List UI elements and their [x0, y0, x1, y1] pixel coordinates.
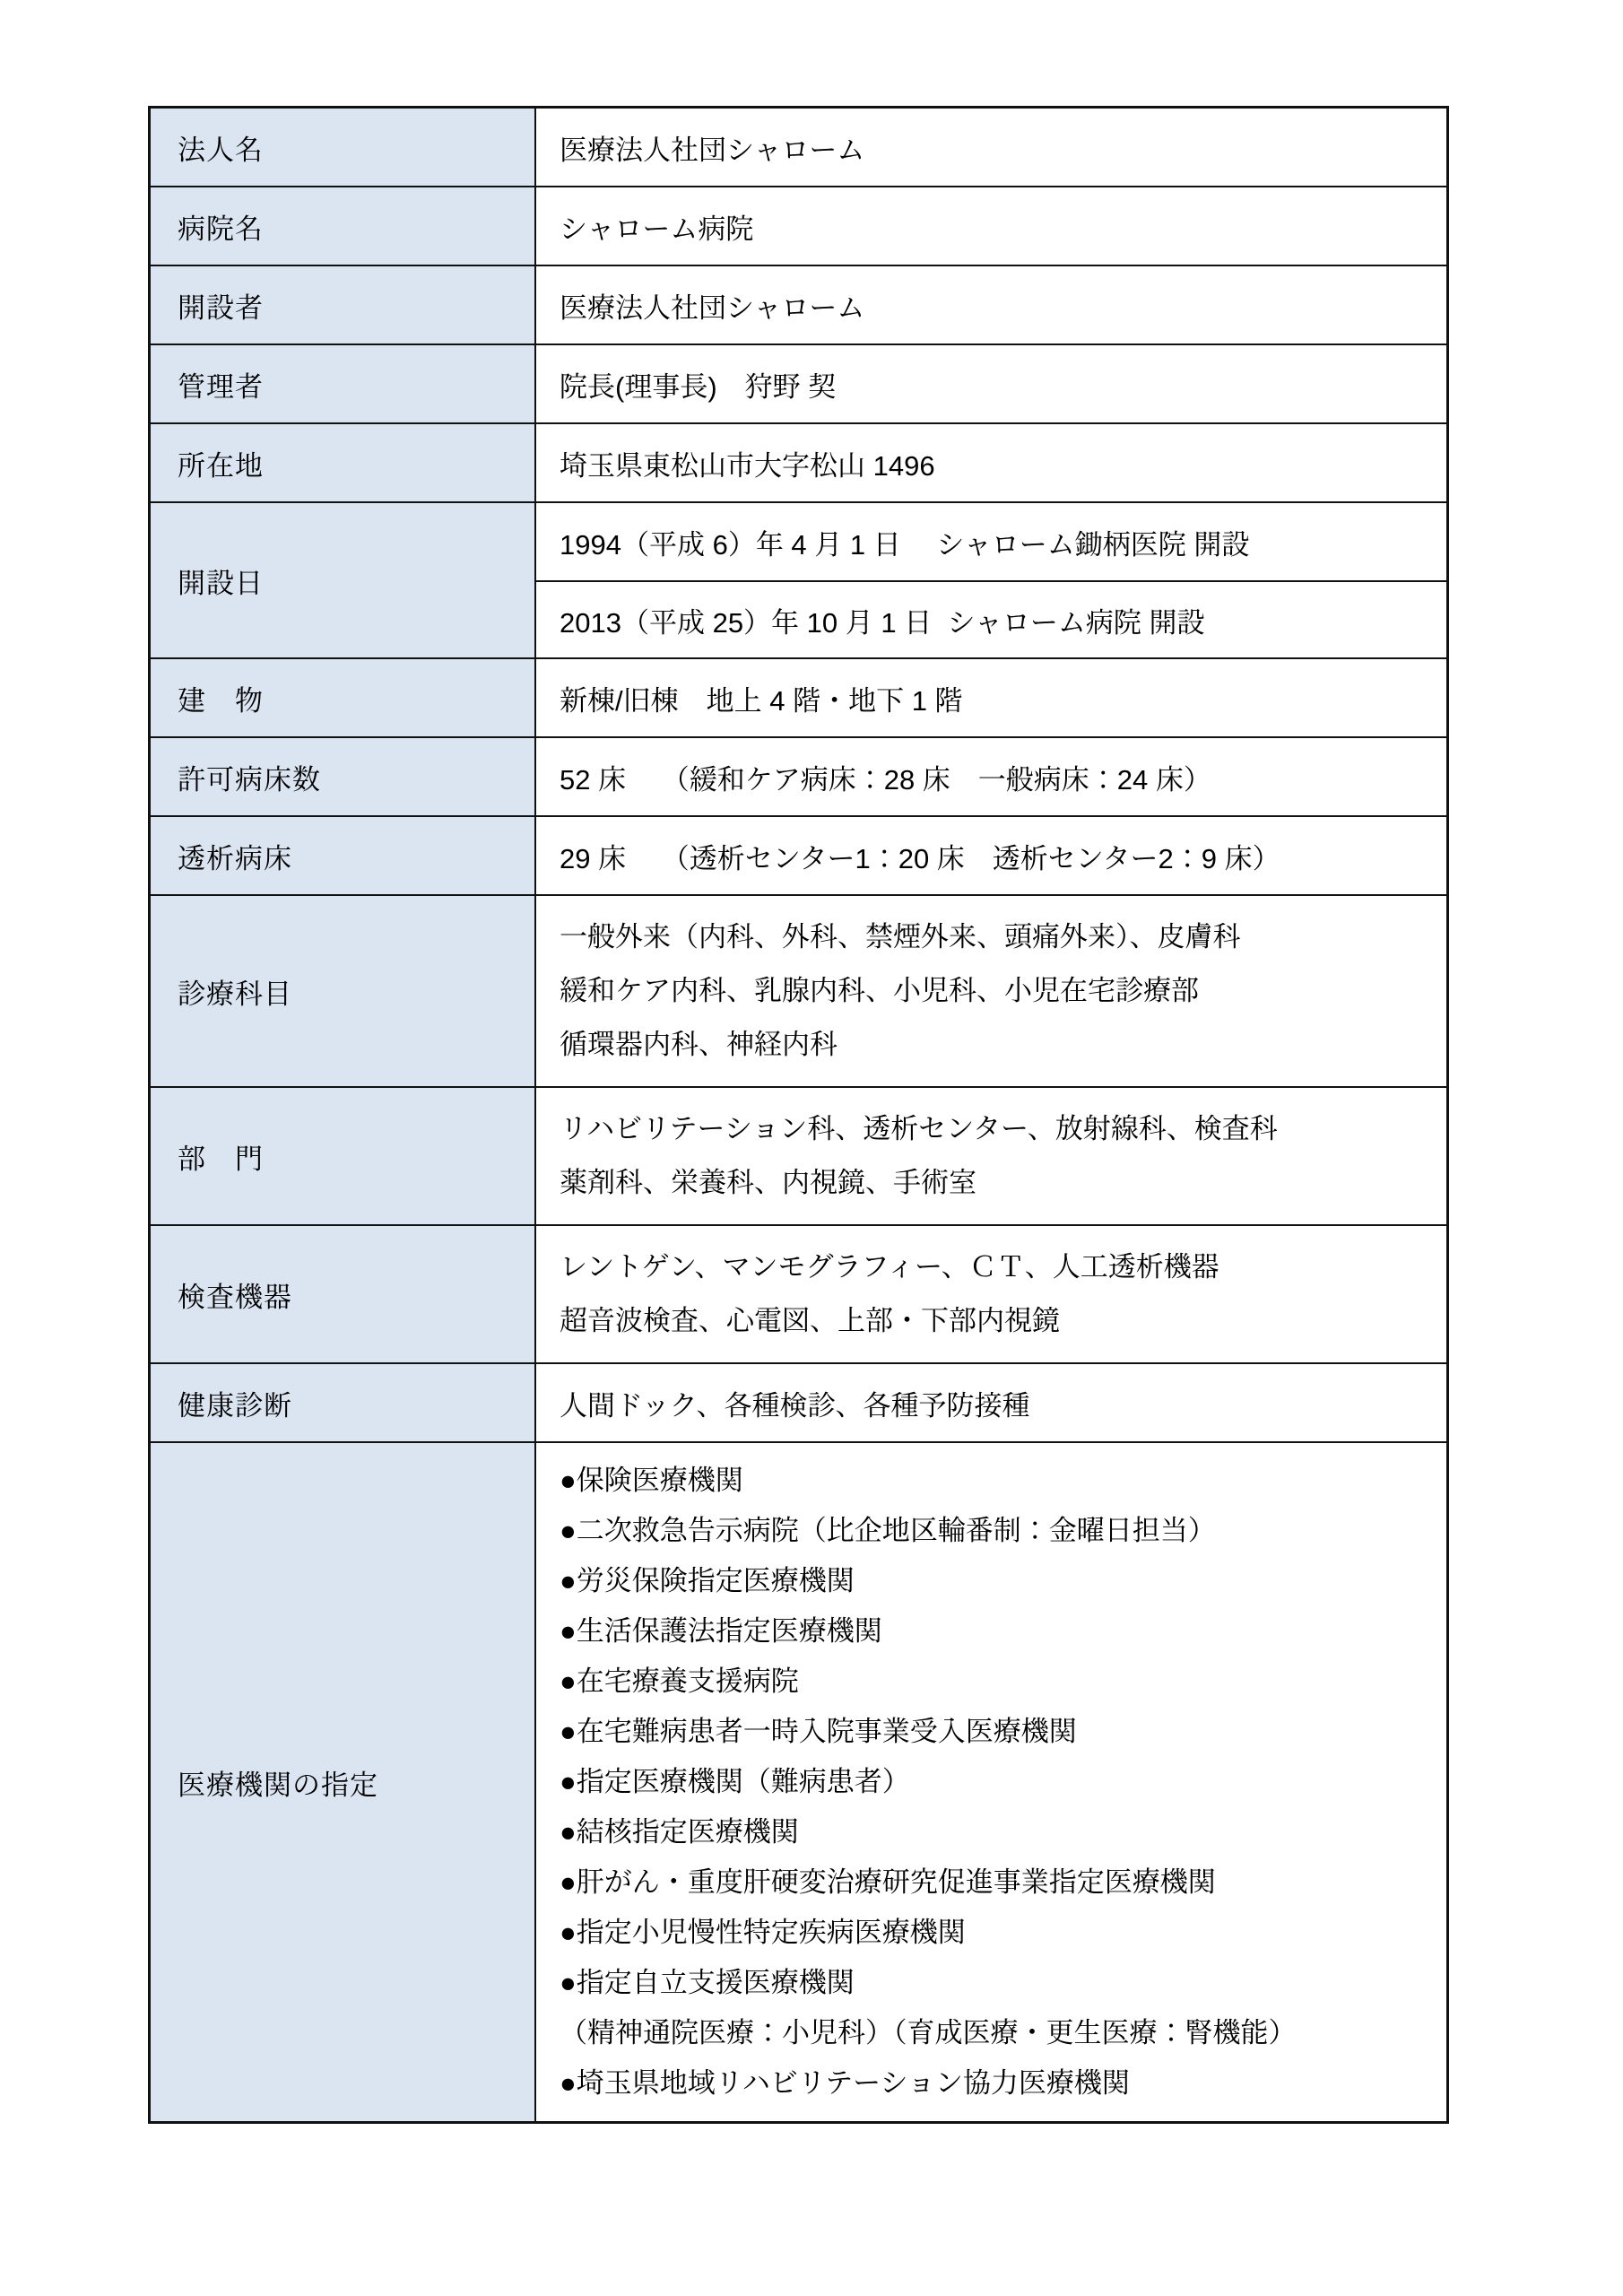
designation-list-item-note: （精神通院医療：小児科）（育成医療・更生医療：腎機能）: [560, 2008, 1446, 2058]
row-label: 診療科目: [151, 896, 536, 1086]
table-row-licensed-beds: 許可病床数 52 床 （緩和ケア病床：28 床 一般病床：24 床）: [151, 736, 1446, 815]
table-row-founder: 開設者 医療法人社団シャローム: [151, 265, 1446, 344]
row-value: 医療法人社団シャローム: [536, 109, 1446, 186]
row-label: 法人名: [151, 109, 536, 186]
row-value: 人間ドック、各種検診、各種予防接種: [536, 1364, 1446, 1441]
row-label: 健康診断: [151, 1364, 536, 1441]
table-row-health-checkup: 健康診断 人間ドック、各種検診、各種予防接種: [151, 1362, 1446, 1441]
row-label: 建 物: [151, 659, 536, 736]
table-row-building: 建 物 新棟/旧棟 地上 4 階・地下 1 階: [151, 657, 1446, 736]
row-value: 新棟/旧棟 地上 4 階・地下 1 階: [536, 659, 1446, 736]
row-label: 透析病床: [151, 817, 536, 894]
table-row-medical-institution-designations: 医療機関の指定 ●保険医療機関 ●二次救急告示病院（比企地区輪番制：金曜日担当）…: [151, 1441, 1446, 2121]
value-line: リハビリテーション科、透析センター、放射線科、検査科: [560, 1102, 1446, 1156]
designation-list-item: ●生活保護法指定医療機関: [560, 1606, 1446, 1657]
row-value: 医療法人社団シャローム: [536, 266, 1446, 344]
value-line: 緩和ケア内科、乳腺内科、小児科、小児在宅診療部: [560, 964, 1446, 1018]
row-label: 病院名: [151, 187, 536, 265]
designation-list-item: ●指定医療機関（難病患者）: [560, 1757, 1446, 1807]
row-value: 29 床 （透析センター1：20 床 透析センター2：9 床）: [536, 817, 1446, 894]
row-label: 部 門: [151, 1088, 536, 1224]
row-label: 医療機関の指定: [151, 1443, 536, 2121]
table-row-examination-equipment: 検査機器 レントゲン、マンモグラフィー、ＣＴ、人工透析機器 超音波検査、心電図、…: [151, 1224, 1446, 1362]
table-row-divisions: 部 門 リハビリテーション科、透析センター、放射線科、検査科 薬剤科、栄養科、内…: [151, 1086, 1446, 1224]
row-value: ●保険医療機関 ●二次救急告示病院（比企地区輪番制：金曜日担当） ●労災保険指定…: [536, 1443, 1446, 2121]
table-row-opening-date: 開設日 1994（平成 6）年 4 月 1 日 シャローム鋤柄医院 開設 201…: [151, 501, 1446, 657]
designation-list-item: ●指定自立支援医療機関: [560, 1958, 1446, 2008]
row-value: 52 床 （緩和ケア病床：28 床 一般病床：24 床）: [536, 738, 1446, 815]
value-line: 超音波検査、心電図、上部・下部内視鏡: [560, 1294, 1446, 1348]
row-label: 検査機器: [151, 1226, 536, 1362]
row-value: シャローム病院: [536, 187, 1446, 265]
designation-list-item: ●二次救急告示病院（比企地区輪番制：金曜日担当）: [560, 1506, 1446, 1556]
value-line: 一般外来（内科、外科、禁煙外来、頭痛外来）、皮膚科: [560, 910, 1446, 964]
row-value: 2013（平成 25）年 10 月 1 日 シャローム病院 開設: [536, 580, 1446, 657]
table-row-hospital-name: 病院名 シャローム病院: [151, 186, 1446, 265]
designation-list-item: ●在宅療養支援病院: [560, 1657, 1446, 1707]
hospital-info-table: 法人名 医療法人社団シャローム 病院名 シャローム病院 開設者 医療法人社団シャ…: [148, 106, 1449, 2124]
table-row-address: 所在地 埼玉県東松山市大字松山 1496: [151, 422, 1446, 501]
designation-list-item: ●結核指定医療機関: [560, 1807, 1446, 1857]
row-value: レントゲン、マンモグラフィー、ＣＴ、人工透析機器 超音波検査、心電図、上部・下部…: [536, 1226, 1446, 1362]
table-row-corporate-name: 法人名 医療法人社団シャローム: [151, 109, 1446, 186]
row-value: リハビリテーション科、透析センター、放射線科、検査科 薬剤科、栄養科、内視鏡、手…: [536, 1088, 1446, 1224]
row-value: 1994（平成 6）年 4 月 1 日 シャローム鋤柄医院 開設: [536, 503, 1446, 580]
value-line: 循環器内科、神経内科: [560, 1018, 1446, 1072]
row-value-group: 1994（平成 6）年 4 月 1 日 シャローム鋤柄医院 開設 2013（平成…: [536, 503, 1446, 657]
designation-list-item: ●肝がん・重度肝硬変治療研究促進事業指定医療機関: [560, 1857, 1446, 1908]
designation-list-item: ●埼玉県地域リハビリテーション協力医療機関: [560, 2058, 1446, 2109]
table-row-dialysis-beds: 透析病床 29 床 （透析センター1：20 床 透析センター2：9 床）: [151, 815, 1446, 894]
row-label: 開設者: [151, 266, 536, 344]
row-label: 管理者: [151, 345, 536, 422]
document-page: { "page": { "background": "#ffffff" }, "…: [0, 0, 1623, 2296]
value-line: レントゲン、マンモグラフィー、ＣＴ、人工透析機器: [560, 1240, 1446, 1294]
table-row-medical-departments: 診療科目 一般外来（内科、外科、禁煙外来、頭痛外来）、皮膚科 緩和ケア内科、乳腺…: [151, 894, 1446, 1086]
designation-list-item: ●保険医療機関: [560, 1456, 1446, 1506]
table-row-administrator: 管理者 院長(理事長) 狩野 契: [151, 344, 1446, 422]
row-label: 開設日: [151, 503, 536, 657]
row-value: 埼玉県東松山市大字松山 1496: [536, 424, 1446, 501]
row-label: 所在地: [151, 424, 536, 501]
designation-list-item: ●労災保険指定医療機関: [560, 1556, 1446, 1606]
value-line: 薬剤科、栄養科、内視鏡、手術室: [560, 1156, 1446, 1210]
designation-list-item: ●指定小児慢性特定疾病医療機関: [560, 1908, 1446, 1958]
designation-list-item: ●在宅難病患者一時入院事業受入医療機関: [560, 1707, 1446, 1757]
row-value: 一般外来（内科、外科、禁煙外来、頭痛外来）、皮膚科 緩和ケア内科、乳腺内科、小児…: [536, 896, 1446, 1086]
row-label: 許可病床数: [151, 738, 536, 815]
row-value: 院長(理事長) 狩野 契: [536, 345, 1446, 422]
